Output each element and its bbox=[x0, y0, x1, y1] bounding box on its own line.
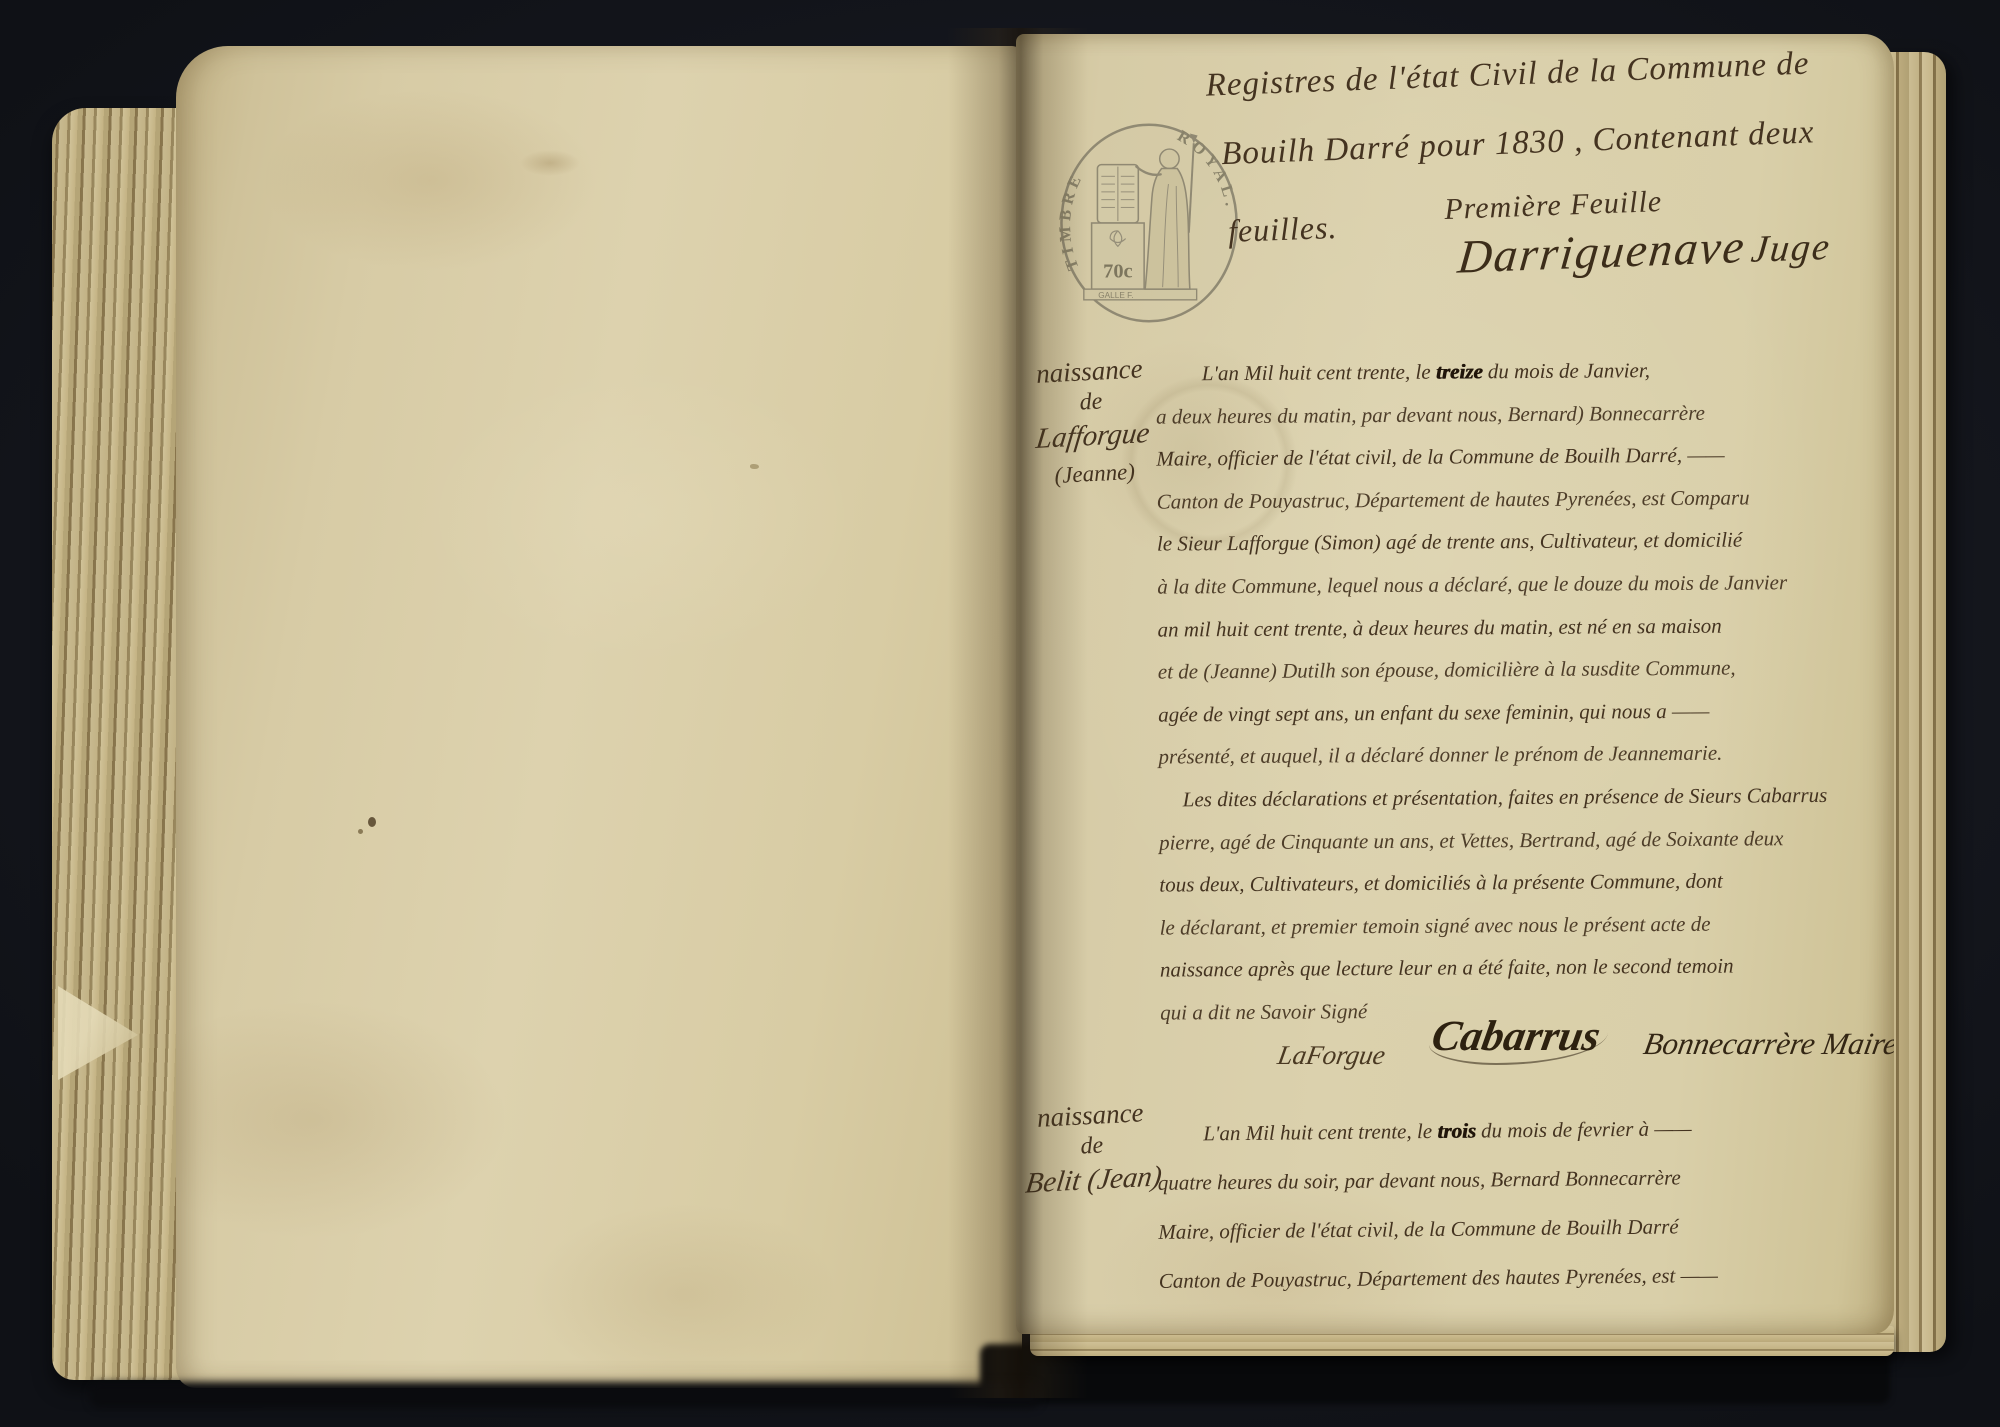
manuscript-line: an mil huit cent trente, à deux heures d… bbox=[1157, 603, 1894, 651]
line-segment: L'an Mil huit cent trente, le bbox=[1203, 1119, 1437, 1145]
manuscript-line: présenté, et auquel, il a déclaré donner… bbox=[1158, 731, 1894, 779]
margin-note-belit: naissance de Belit (Jean) bbox=[1020, 1096, 1165, 1200]
manuscript-line: le Sieur Lafforgue (Simon) agé de trente… bbox=[1157, 518, 1894, 566]
manuscript-line: tous deux, Cultivateurs, et domiciliés à… bbox=[1159, 859, 1894, 907]
birth-act-2-text: L'an Mil huit cent trente, le trois du m… bbox=[1157, 1102, 1894, 1306]
manuscript-line: Les dites déclarations et présentation, … bbox=[1159, 773, 1894, 821]
manuscript-line: Maire, officier de l'état civil, de la C… bbox=[1156, 433, 1894, 481]
stamp-value: 70c bbox=[1103, 260, 1132, 282]
line-segment: L'an Mil huit cent trente, le bbox=[1202, 360, 1436, 386]
judge-signature: DarriguenaveJuge bbox=[1455, 217, 1834, 285]
line-segment: du mois de Janvier, bbox=[1482, 358, 1650, 383]
manuscript-line: naissance après que lecture leur en a ét… bbox=[1160, 944, 1894, 992]
header-line-1: Registres de l'état Civil de la Commune … bbox=[1205, 46, 1810, 105]
birth-act-1-text: L'an Mil huit cent trente, le treize du … bbox=[1156, 347, 1894, 1034]
manuscript-line: et de (Jeanne) Dutilh son épouse, domici… bbox=[1158, 646, 1894, 694]
judge-signature-name: Darriguenave bbox=[1455, 221, 1748, 284]
margin-note-line: Belit (Jean) bbox=[1022, 1160, 1166, 1201]
manuscript-line: Canton de Pouyastruc, Département de hau… bbox=[1157, 475, 1894, 523]
register-header: Registres de l'état Civil de la Commune … bbox=[1016, 34, 1891, 41]
manuscript-line: L'an Mil huit cent trente, le trois du m… bbox=[1157, 1102, 1894, 1159]
manuscript-line: Canton de Pouyastruc, Département des ha… bbox=[1159, 1249, 1894, 1306]
header-line-3a: feuilles. bbox=[1227, 209, 1338, 250]
line-segment-bold: trois bbox=[1437, 1119, 1476, 1143]
manuscript-line: Maire, officier de l'état civil, de la C… bbox=[1158, 1200, 1894, 1257]
line-segment-bold: treize bbox=[1436, 359, 1483, 383]
left-blank-page bbox=[176, 46, 1022, 1388]
manuscript-line: quatre heures du soir, par devant nous, … bbox=[1158, 1151, 1894, 1208]
manuscript-line: le déclarant, et premier temoin signé av… bbox=[1159, 901, 1894, 949]
margin-note-line: (Jeanne) bbox=[1024, 457, 1165, 490]
margin-note-line: de bbox=[1020, 385, 1161, 419]
manuscript-line: à la dite Commune, lequel nous a déclaré… bbox=[1157, 560, 1894, 608]
signature-laforgue: LaForgue bbox=[1275, 1040, 1387, 1071]
margin-note-line: de bbox=[1021, 1129, 1162, 1163]
book-bottom-shadow-left bbox=[90, 1382, 1040, 1408]
paper-stain bbox=[358, 829, 363, 834]
manuscript-line: agée de vingt sept ans, un enfant du sex… bbox=[1158, 688, 1894, 736]
manuscript-line: L'an Mil huit cent trente, le treize du … bbox=[1156, 347, 1894, 395]
paper-stain bbox=[750, 464, 759, 469]
margin-note-line: naissance bbox=[1020, 1096, 1161, 1134]
margin-note-line: naissance bbox=[1019, 352, 1160, 390]
photo-background: TIMBRE ROYAL. 70c GALLE F. Registres de … bbox=[0, 0, 2000, 1427]
judge-signature-title: Juge bbox=[1749, 226, 1833, 271]
signature-cabarrus: Cabarrus bbox=[1425, 1012, 1612, 1065]
stamp-engraver: GALLE F. bbox=[1098, 291, 1133, 300]
timbre-royal-stamp-icon: TIMBRE ROYAL. 70c GALLE F. bbox=[1050, 116, 1248, 330]
signature-bonnecarrere-maire: Bonnecarrère Maire bbox=[1641, 1026, 1894, 1062]
line-segment: du mois de fevrier à —— bbox=[1476, 1116, 1692, 1142]
margin-note-line: Lafforgue bbox=[1021, 416, 1165, 457]
header-line-2: Bouilh Darré pour 1830 , Contenant deux bbox=[1221, 114, 1816, 173]
manuscript-line: a deux heures du matin, par devant nous,… bbox=[1156, 390, 1894, 438]
manuscript-line: pierre, agé de Cinquante un ans, et Vett… bbox=[1159, 816, 1894, 864]
margin-note-lafforgue: naissance de Lafforgue (Jeanne) bbox=[1019, 352, 1166, 490]
right-manuscript-page: TIMBRE ROYAL. 70c GALLE F. Registres de … bbox=[1016, 34, 1894, 1334]
header-line-3b: Première Feuille bbox=[1444, 185, 1663, 227]
paper-stain bbox=[520, 150, 580, 176]
paper-stain bbox=[368, 817, 376, 827]
